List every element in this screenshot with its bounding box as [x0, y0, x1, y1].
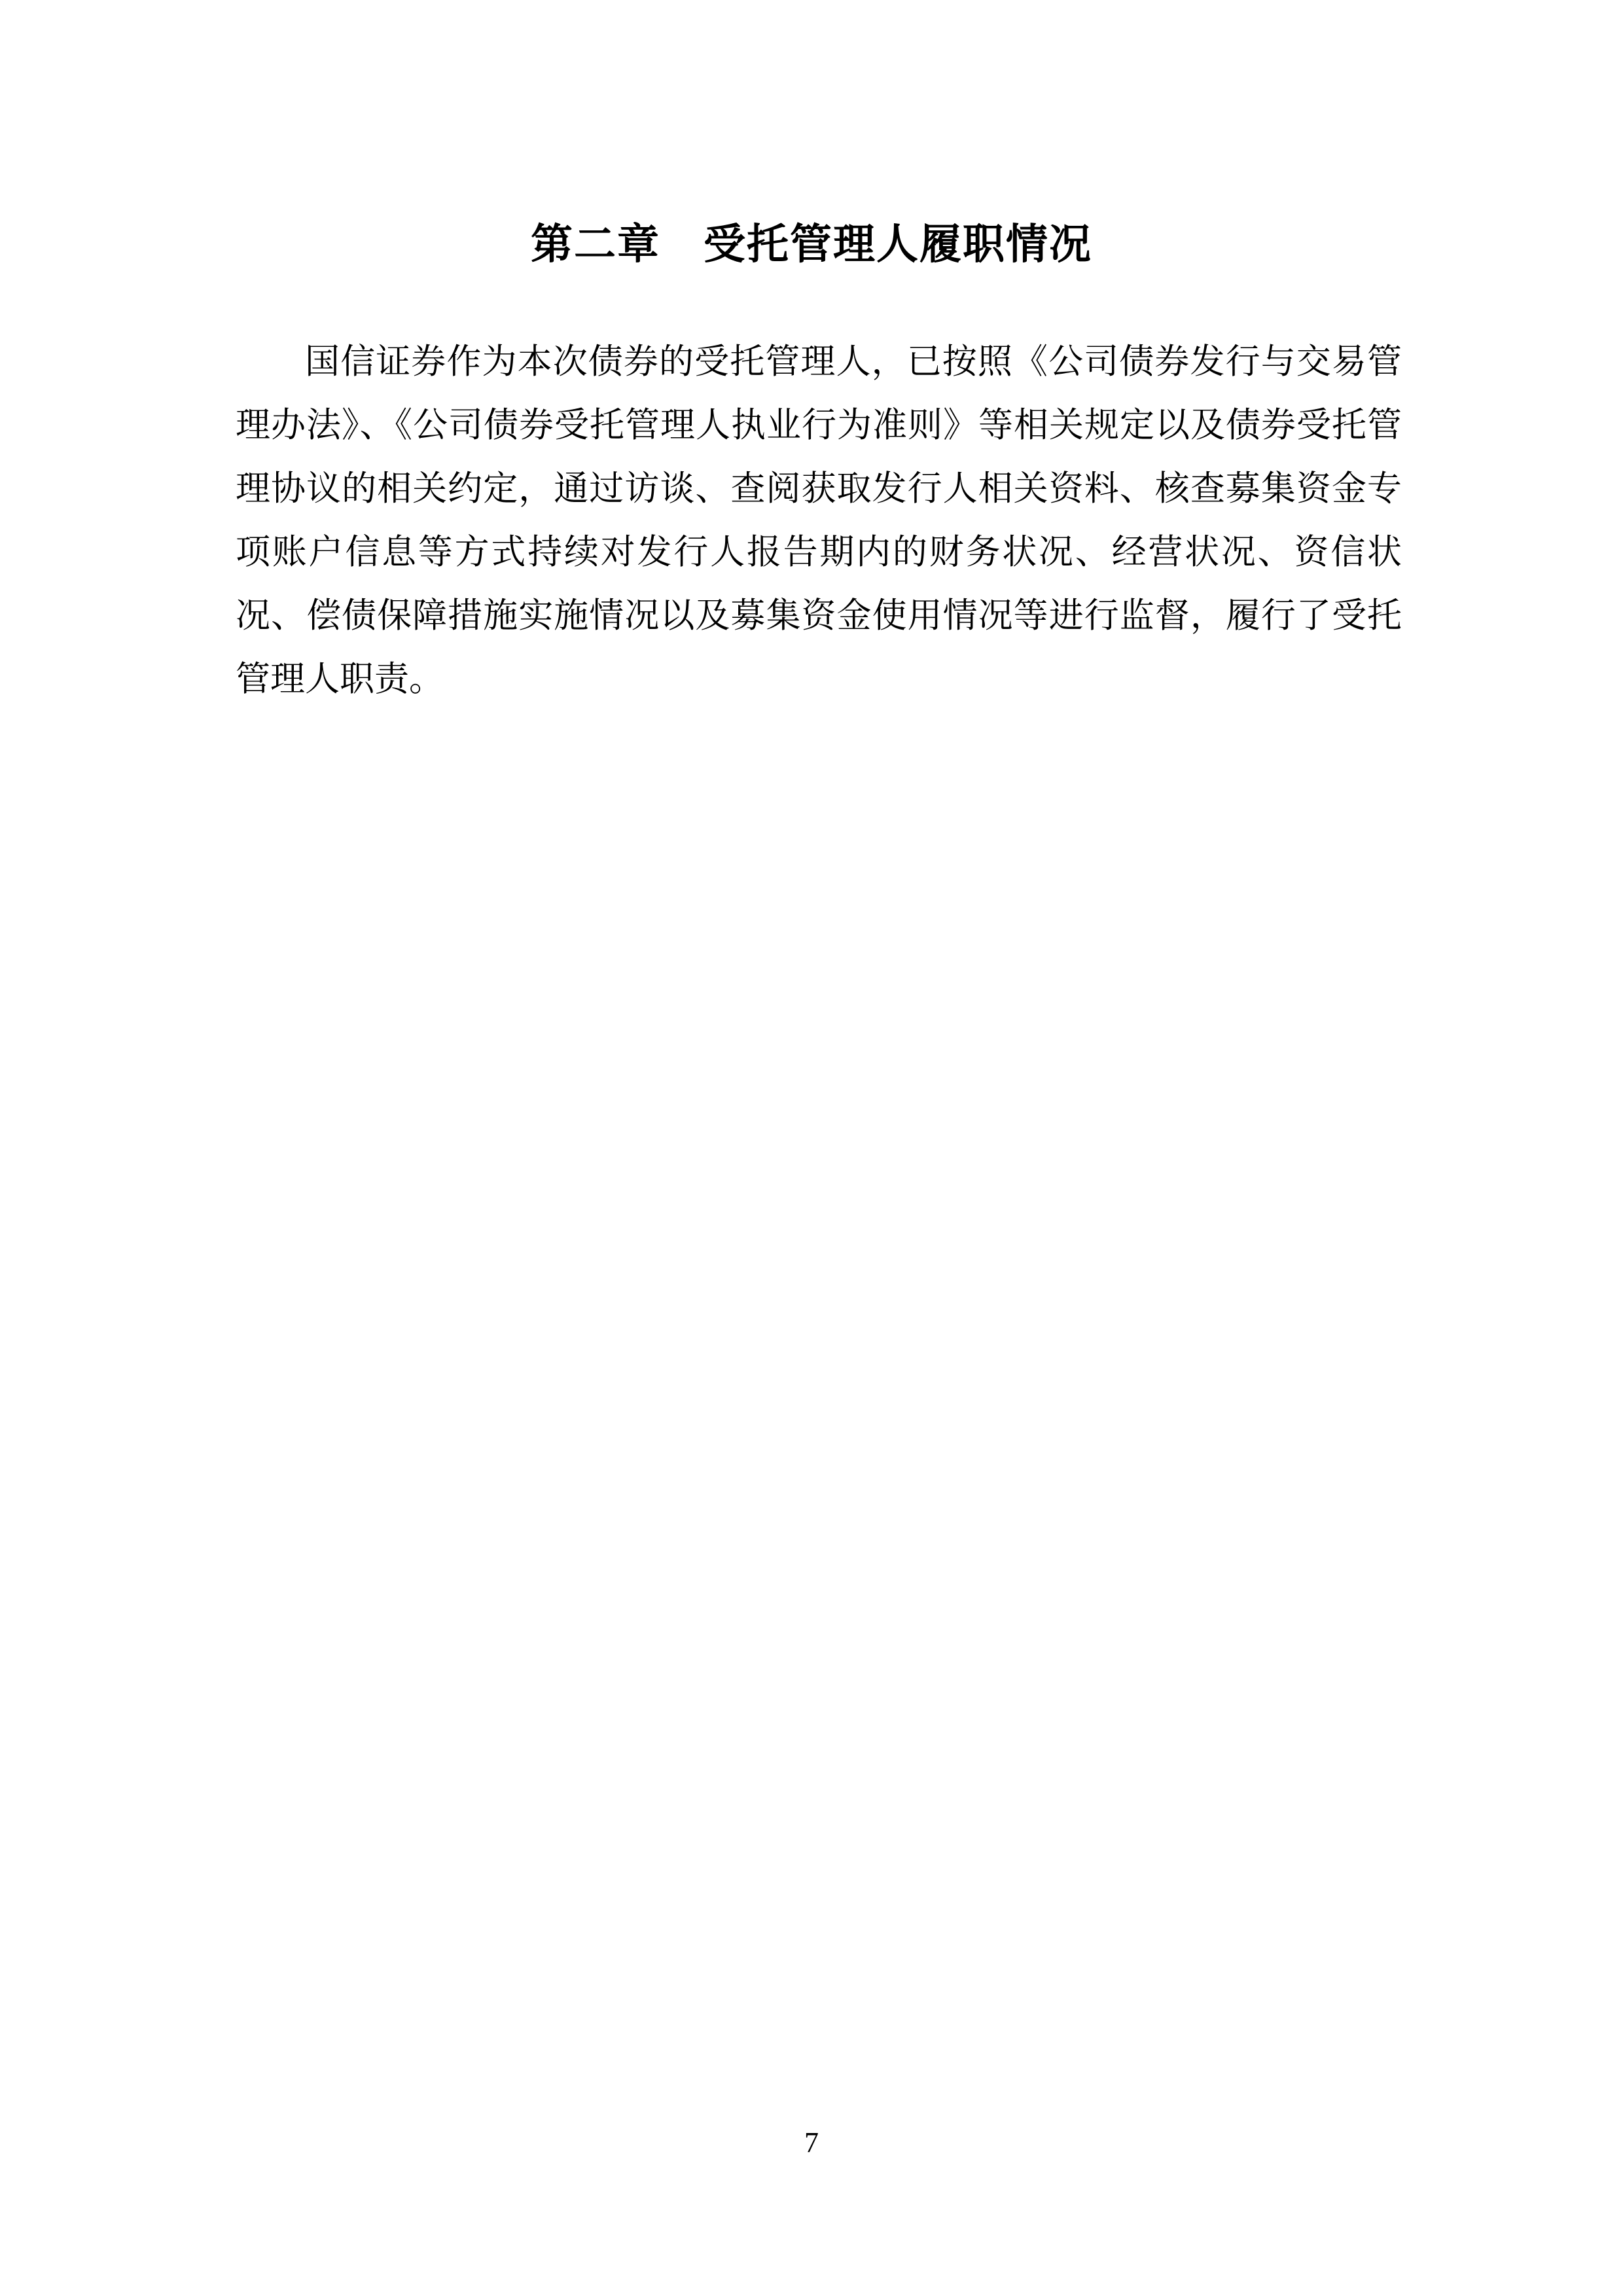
document-page: 第二章 受托管理人履职情况 国信证券作为本次债券的受托管理人，已按照《公司债券发…	[0, 0, 1623, 2296]
body-paragraph: 国信证券作为本次债券的受托管理人，已按照《公司债券发行与交易管理办法》、《公司债…	[236, 331, 1402, 711]
page-number: 7	[0, 2126, 1623, 2159]
chapter-heading: 第二章 受托管理人履职情况	[0, 211, 1623, 271]
